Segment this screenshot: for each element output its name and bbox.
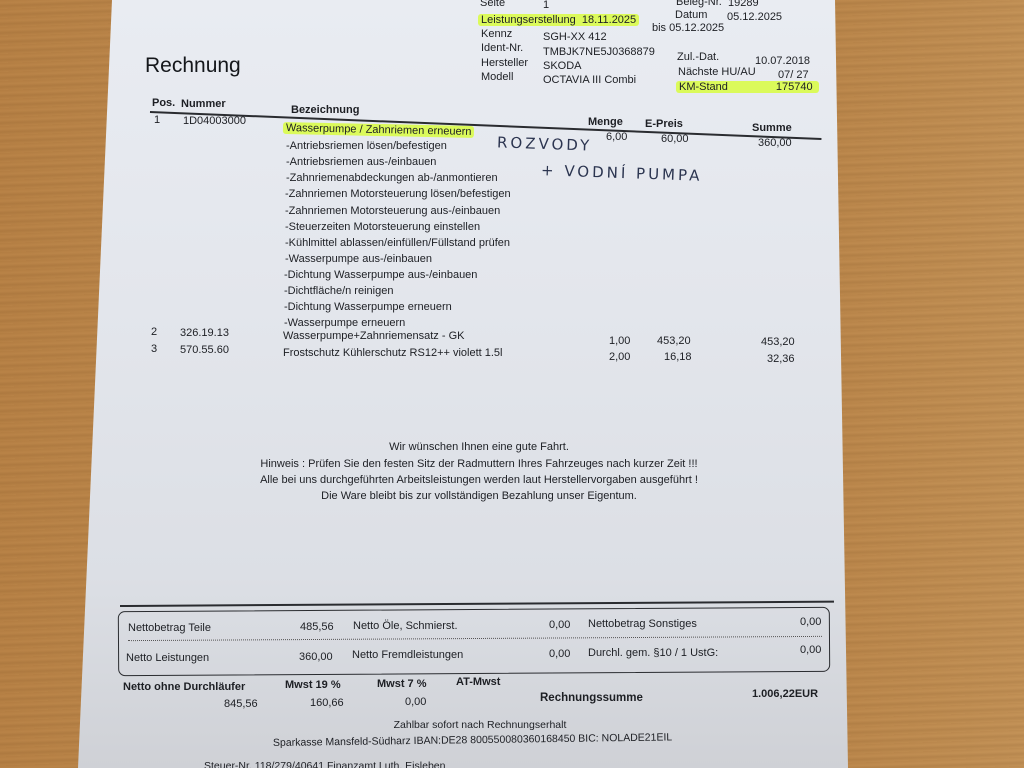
row2-epreis: 453,20: [657, 335, 691, 347]
page-title: Rechnung: [145, 54, 241, 78]
row1-nummer: 1D04003000: [183, 115, 246, 127]
netto-ohne-label: Netto ohne Durchläufer: [123, 681, 245, 693]
datum-label: Datum: [675, 9, 707, 21]
row2-menge: 1,00: [609, 335, 630, 347]
col-pos: Pos.: [152, 97, 175, 109]
row1-menge: 6,00: [606, 131, 627, 143]
row2-pos: 2: [151, 326, 157, 338]
seite-label: Seite: [480, 0, 505, 9]
netto-ohne-value: 845,56: [224, 698, 258, 710]
row1-epreis: 60,00: [661, 133, 689, 145]
zul-value: 10.07.2018: [755, 55, 810, 67]
netto-sonstiges-value: 0,00: [800, 616, 821, 628]
row3-epreis: 16,18: [664, 351, 692, 363]
footer-steuer: Steuer-Nr. 118/279/40641 Finanzamt Luth.…: [204, 760, 445, 768]
handwritten-note-1: ROZVODY: [497, 133, 593, 154]
row3-nummer: 570.55.60: [180, 344, 229, 356]
km-label: KM-Stand: [679, 81, 728, 93]
zul-label: Zul.-Dat.: [677, 51, 719, 63]
row1-detail-line: -Antriebsriemen lösen/befestigen: [286, 140, 447, 152]
row1-detail-line: -Dichtung Wasserpumpe aus-/einbauen: [284, 269, 477, 281]
netto-teile-value: 485,56: [300, 621, 334, 633]
hersteller-value: SKODA: [543, 60, 582, 72]
totals-box: [118, 607, 830, 676]
mwst19-label: Mwst 19 %: [285, 679, 341, 691]
netto-leistungen-label: Netto Leistungen: [126, 652, 209, 664]
leistung-value: 18.11.2025: [582, 14, 636, 26]
row1-detail-line: -Zahnriemen Motorsteuerung aus-/einbauen: [285, 205, 500, 217]
col-epreis: E-Preis: [645, 118, 683, 130]
beleg-value: 19289: [728, 0, 759, 9]
row1-detail-line: -Dichtung Wasserpumpe erneuern: [284, 301, 452, 313]
row1-detail-line: -Dichtfläche/n reinigen: [284, 285, 393, 297]
leistung-label: Leistungserstellung: [481, 14, 576, 26]
ident-label: Ident-Nr.: [481, 42, 523, 54]
row1-detail-line: -Zahnriemen Motorsteuerung lösen/befesti…: [285, 188, 511, 200]
at-mwst-label: AT-Mwst: [456, 676, 500, 688]
row2-nummer: 326.19.13: [180, 327, 229, 339]
km-value: 175740: [776, 81, 813, 93]
beleg-label: Beleg-Nr.: [676, 0, 722, 8]
rechnungssumme-value: 1.006,22EUR: [752, 688, 818, 700]
rechnungssumme-label: Rechnungssumme: [540, 692, 643, 704]
col-nummer: Nummer: [181, 98, 226, 110]
netto-fremd-value: 0,00: [549, 648, 570, 660]
row2-bezeichnung: Wasserpumpe+Zahnriemensatz - GK: [283, 330, 464, 342]
kennz-value: SGH-XX 412: [543, 31, 607, 43]
netto-teile-label: Nettobetrag Teile: [128, 622, 211, 634]
row2-summe: 453,20: [761, 336, 795, 348]
km-stand: KM-Stand175740: [676, 81, 819, 93]
footer-zahlbar: Zahlbar sofort nach Rechnungserhalt: [330, 719, 630, 731]
row1-detail-line: -Kühlmittel ablassen/einfüllen/Füllstand…: [285, 237, 510, 249]
hersteller-label: Hersteller: [481, 57, 528, 69]
mwst7-value: 0,00: [405, 696, 426, 708]
note-4: Die Ware bleibt bis zur vollständigen Be…: [244, 490, 714, 502]
netto-leistungen-value: 360,00: [299, 651, 333, 663]
durchl-label: Durchl. gem. §10 / 1 UstG:: [588, 647, 718, 659]
modell-label: Modell: [481, 71, 513, 83]
row1-detail-line: -Antriebsriemen aus-/einbauen: [286, 156, 436, 168]
hu-label: Nächste HU/AU: [678, 66, 756, 78]
col-summe: Summe: [752, 122, 792, 134]
row1-detail-line: -Wasserpumpe aus-/einbauen: [285, 253, 432, 265]
row3-menge: 2,00: [609, 351, 630, 363]
datum-value: 05.12.2025: [727, 11, 782, 23]
row3-pos: 3: [151, 343, 157, 355]
leistungserstellung: Leistungserstellung 18.11.2025: [478, 14, 639, 26]
modell-value: OCTAVIA III Combi: [543, 74, 636, 86]
mwst19-value: 160,66: [310, 697, 344, 709]
col-menge: Menge: [588, 116, 623, 128]
netto-oele-label: Netto Öle, Schmierst.: [353, 620, 458, 632]
mwst7-label: Mwst 7 %: [377, 678, 427, 690]
row3-summe: 32,36: [767, 353, 795, 365]
row1-detail-line: -Wasserpumpe erneuern: [284, 317, 405, 329]
row1-pos: 1: [154, 114, 160, 126]
hu-value: 07/ 27: [778, 69, 809, 81]
bis-value: bis 05.12.2025: [652, 22, 724, 34]
note-3: Alle bei uns durchgeführten Arbeitsleist…: [244, 474, 714, 486]
col-bezeichnung: Bezeichnung: [291, 104, 359, 116]
note-2: Hinweis : Prüfen Sie den festen Sitz der…: [244, 458, 714, 470]
netto-oele-value: 0,00: [549, 619, 570, 631]
note-1: Wir wünschen Ihnen eine gute Fahrt.: [244, 441, 714, 453]
durchl-value: 0,00: [800, 644, 821, 656]
ident-value: TMBJK7NE5J0368879: [543, 46, 655, 58]
seite-value: 1: [543, 0, 549, 11]
netto-fremd-label: Netto Fremdleistungen: [352, 649, 463, 661]
netto-sonstiges-label: Nettobetrag Sonstiges: [588, 618, 697, 630]
row1-summe: 360,00: [758, 137, 792, 149]
kennz-label: Kennz: [481, 28, 512, 40]
row1-detail-line: -Zahnriemenabdeckungen ab-/anmontieren: [286, 172, 498, 184]
row3-bezeichnung: Frostschutz Kühlerschutz RS12++ violett …: [283, 347, 503, 359]
row1-detail-line: -Steuerzeiten Motorsteuerung einstellen: [285, 221, 480, 233]
